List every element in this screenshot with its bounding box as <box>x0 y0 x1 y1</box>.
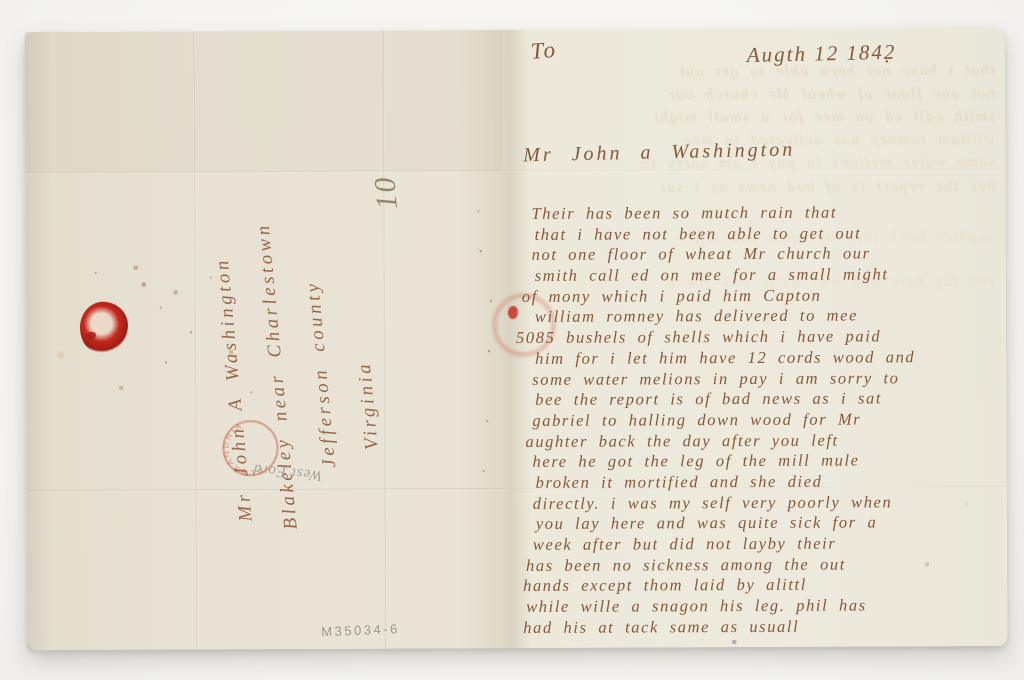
address-block: Mr John A WashingtonBlakeley near Charle… <box>195 180 405 535</box>
letter-line: has been no sickness among the out <box>526 554 1006 577</box>
letter-line: here he got the leg of the mill mule <box>532 450 1002 473</box>
letter-page: that i have not been able to get out not… <box>503 28 1008 648</box>
letter-body: Their has been so mutch rain thatthat i … <box>515 202 1003 639</box>
letter-line: some water melions in pay i am sorry to <box>532 367 1002 390</box>
letter-line: Their has been so mutch rain that <box>531 202 1001 225</box>
foxing-specks <box>25 32 27 34</box>
bleed-through-line: smith call ed on mee for a small might <box>517 108 995 130</box>
date-line: Augth 12 1842 <box>747 38 977 68</box>
letter-line: while wille a snagon his leg. phil has <box>526 595 1006 618</box>
letter-line: had his at tack same as usuall <box>523 616 1003 639</box>
letter-line: aughter back the day after you left <box>525 429 1005 452</box>
paper-specks <box>503 30 505 32</box>
letter-line: him for i let him have 12 cords wood and <box>535 347 1005 370</box>
letter-line: directly. i was my self very poorly when <box>533 492 1003 515</box>
letter-line: gabriel to halling down wood for Mr <box>532 409 1002 432</box>
photo-background: ALEXANDRIA Mr John A WashingtonBlakeley … <box>0 0 1024 680</box>
letter-line: smith call ed on mee for a small might <box>535 264 1005 287</box>
bleed-through-line: not one floor of wheat Mr church our <box>517 85 995 107</box>
letter-line: william romney has delivered to mee <box>535 305 1005 328</box>
letter-line: you lay here and was quite sick for a <box>536 512 1006 535</box>
letter-sheet: ALEXANDRIA Mr John A WashingtonBlakeley … <box>25 28 1008 650</box>
to-label: To <box>530 37 558 65</box>
letter-line: that i have not been able to get out <box>535 223 1005 246</box>
bleed-through-line: bee the report is of bad news as i sat <box>517 178 995 200</box>
letter-line: not one floor of wheat Mr church our <box>532 243 1002 266</box>
postage-rate: 10 <box>366 148 405 211</box>
letter-line: 5085 bushels of shells which i have paid <box>516 326 1002 349</box>
letter-line: broken it mortified and she died <box>536 471 1006 494</box>
fold-flap-shading <box>25 30 504 172</box>
letter-line: hands except thom laid by alittl <box>523 574 1003 597</box>
address-page: ALEXANDRIA Mr John A WashingtonBlakeley … <box>25 30 506 650</box>
letter-line: week after but did not layby their <box>533 533 1003 556</box>
inventory-number: M35034-6 <box>321 621 400 639</box>
wax-seal-remnant <box>80 302 128 354</box>
letter-line: of mony which i paid him Capton <box>522 285 1002 308</box>
letter-line: bee the report is of bad news as i sat <box>535 388 1005 411</box>
